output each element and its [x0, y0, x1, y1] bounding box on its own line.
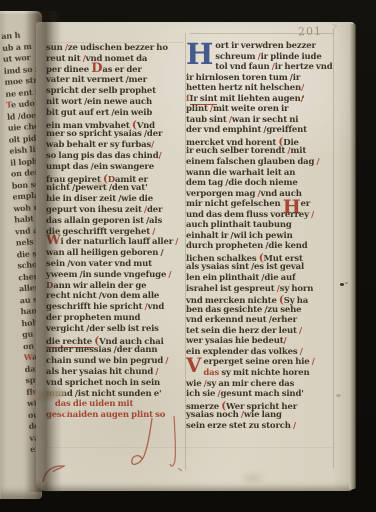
manuscript-line: ich sie /gesunt mach sind'	[186, 389, 336, 400]
text-segment: vnd erkennd neut /erher	[186, 315, 297, 325]
text-segment: durch propheten /die kend	[186, 241, 308, 251]
manuscript-line: Hort ir verwdren bezzer	[186, 41, 336, 52]
manuscript-line: gepurt von ihesu zeit /der	[46, 205, 186, 216]
text-segment: ut wor	[3, 52, 31, 64]
text-segment: nit wort /ein newe auch	[46, 97, 152, 107]
text-segment: ub a m	[2, 40, 32, 52]
manuscript-line: dem tag /die doch nieme	[186, 178, 336, 189]
text-segment: ir hirnlosen toren tum /ir	[186, 73, 300, 83]
rubric-text: /	[317, 157, 320, 167]
manuscript-line: ysaias noch /wie lang	[186, 410, 336, 421]
text-segment: ir hertze vnd	[275, 62, 333, 72]
rubric-text: /	[300, 347, 303, 357]
rubric-text: /	[168, 270, 171, 280]
manuscript-line: als her ysaias hit chund /	[46, 367, 186, 378]
text-segment: auch plinthait taubung	[186, 220, 292, 230]
manuscript-line: ein explender das volkes /	[186, 347, 336, 358]
manuscript-line: ſIr sint mit liehten augen/	[186, 94, 336, 105]
text-segment: einhalt ir /wil ich pewin	[186, 231, 293, 241]
ink-speck	[340, 283, 344, 286]
text-segment: gesunt mach sind'	[221, 389, 304, 399]
text-segment: chain sund we bin pegrud	[46, 356, 165, 366]
text-segment: wan ir secht ni	[232, 115, 298, 125]
manuscript-line: ben das gesichte /zu sehe	[186, 305, 336, 316]
manuscript-line: auch plinthait taubung	[186, 220, 336, 231]
rubric-text: /	[151, 140, 154, 150]
manuscript-line: nicht /pewert /den vat'	[46, 183, 186, 194]
ink-speck	[345, 282, 348, 284]
illuminated-initial: H	[186, 42, 213, 71]
manuscript-line: hetten hertz nit helschen/	[186, 83, 336, 94]
text-segment: sy horn	[280, 284, 314, 294]
manuscript-line: ein man vmbvahet (Vnd	[46, 119, 186, 130]
text-segment: tet sein die herz der leut	[186, 326, 299, 336]
manuscript-line: durch propheten /die kend	[186, 241, 336, 252]
text-segment: mit liehten augen	[217, 94, 300, 104]
text-segment: an h	[1, 30, 20, 41]
text-segment: mer so spricht ysaias /der	[46, 129, 162, 139]
manuscript-line: tet sein die herz der leut /	[186, 326, 336, 337]
manuscript-line: wan all heiligen geboren /	[46, 248, 186, 259]
text-segment: sy mit nichte horen	[219, 368, 309, 378]
text-segment: hetten hertz nit helschen	[186, 83, 301, 93]
text-segment: so lang pis das das chind	[46, 151, 159, 161]
rubric-text: /	[311, 210, 314, 220]
illuminated-initial: D	[91, 61, 102, 76]
text-segment: der	[147, 205, 162, 215]
manuscript-line: das sy mit nichte horen	[186, 368, 336, 379]
manuscript-line: so lang pis das das chind/	[46, 151, 186, 162]
manuscript-line: als ysaias sint /es ist geval	[186, 262, 336, 273]
manuscript-line: taub sint /wan ir secht ni	[186, 115, 336, 126]
manuscript-line: frau gepiret (Damit er	[46, 173, 186, 184]
text-segment: erperget seine oren hie	[203, 357, 311, 367]
text-segment: wie	[186, 379, 204, 389]
text-segment: schreum	[215, 52, 257, 62]
stain	[244, 474, 262, 482]
manuscript-line: Verperget seine oren hie /	[186, 357, 336, 368]
text-segment: plint	[186, 104, 210, 114]
illuminated-initial: V	[186, 357, 201, 376]
text-segment: mir nicht gefelschen	[186, 199, 283, 209]
rubric-text: /	[175, 237, 178, 247]
manuscript-line: verporgen mag /vnd auch	[186, 189, 336, 200]
text-segment: und das dem fluss vorerrey	[186, 210, 311, 220]
text-segment: wie lang	[244, 410, 282, 420]
manuscript-line: wer ysaias hie bedeut/	[186, 336, 336, 347]
rubric-text: ſ	[186, 94, 190, 104]
manuscript-line: plint /mit weite oren ir	[186, 104, 336, 115]
text-segment: der propheten mund	[46, 313, 140, 323]
illuminated-initial: W	[46, 233, 60, 248]
text-segment: der vnd emphint /greiffent	[186, 125, 307, 135]
text-segment: vergicht /der selb ist reis	[46, 324, 159, 334]
rubric-text: /	[301, 83, 304, 93]
text-segment: ben das gesichte /zu sehe	[186, 305, 301, 315]
text-segment: mit	[290, 146, 306, 156]
manuscript-line: wie /sy an mir chere das	[186, 379, 336, 390]
text-segment: einem falschen glauben dag	[186, 157, 317, 167]
text-segment: als ysaias sint /es ist geval	[186, 262, 304, 272]
manuscript-line: vater nit vermert /mer	[46, 75, 186, 86]
text-segment: ir euch selber torendt	[186, 146, 287, 156]
rubric-text: /	[293, 421, 296, 431]
manuscript-line: umpt das /ein swangere	[46, 162, 186, 173]
manuscript-line: die geschrifft vergehet /	[46, 227, 186, 238]
text-segment: ich sie	[186, 389, 218, 399]
text-segment: bit gut auf ert /ein weib	[46, 108, 152, 118]
manuscript-line: len ein plinthait /die auf	[186, 273, 336, 284]
manuscript-line: bit gut auf ert /ein weib	[46, 108, 186, 119]
erasure-smudge	[56, 407, 71, 413]
text-segment: wann die warhait leit an	[186, 168, 295, 178]
text-segment: vnd sprichet noch in sein	[46, 378, 160, 388]
manuscript-line: yweem /in sunde vngefuge /	[46, 270, 186, 281]
manuscript-line: sein /von vater vnd mut	[46, 259, 186, 270]
manuscript-line: mercket vnd horent (Die	[186, 136, 336, 147]
text-segment: verporgen mag	[186, 189, 258, 199]
ink-smudge	[94, 182, 105, 187]
manuscript-line: vnd erkennd neut /erher	[186, 315, 336, 326]
rubric-text: das	[203, 368, 219, 378]
rubric-text: /	[165, 356, 168, 366]
manuscript-line: der propheten mund	[46, 313, 186, 324]
text-segment: vater nit vermert /mer	[46, 75, 147, 85]
rubric-text: /	[155, 367, 158, 377]
text-segment: imd so z	[3, 63, 39, 75]
page-edge-stack	[349, 24, 356, 489]
text-segment: ander messias /der dann	[46, 345, 157, 355]
text-segment: spricht der selb prophet	[46, 86, 156, 96]
text-segment: i der naturlich lauff aller	[60, 237, 175, 247]
text-segment: gepurt von ihesu zeit	[46, 205, 144, 215]
text-segment: hie in diser zeit /wie die	[46, 194, 153, 204]
text-segment: ze udischen bezzer ho	[68, 43, 168, 53]
text-column-left: sun /ze udischen bezzer horeut nit /vnd …	[46, 43, 186, 421]
manuscript-line: hie in diser zeit /wie die	[46, 194, 186, 205]
text-segment: sy an mir chere das	[207, 379, 295, 389]
pencil-mark	[336, 394, 341, 397]
text-segment: umpt das /ein swangere	[46, 162, 154, 172]
manuscript-line: wann die warhait leit an	[186, 168, 336, 179]
underlined-text: Ir sint	[190, 94, 218, 105]
manuscript-line: und das dem fluss vorerrey /	[186, 210, 336, 221]
manuscript-line: chain sund we bin pegrud /	[46, 356, 186, 367]
manuscript-line: vnd mercken nichte (Sy ha	[186, 294, 336, 305]
manuscript-line: der vnd emphint /greiffent	[186, 125, 336, 136]
manuscript-line: per dinee Das er der	[46, 65, 186, 76]
text-segment: mit weite oren ir	[213, 104, 288, 114]
manuscript-line: vnd sprichet noch in sein	[46, 378, 186, 389]
text-segment: reut nit	[46, 54, 83, 64]
rubric-text: /	[159, 151, 162, 161]
text-segment: tol vnd faun	[215, 62, 272, 72]
manuscript-line: einem falschen glauben dag /	[186, 157, 336, 168]
manuscript-line: das allain geporen ist /als	[46, 216, 186, 227]
text-segment: das allain geporen ist /als	[46, 216, 162, 226]
ink-speck	[302, 96, 304, 98]
pen-mark	[40, 460, 76, 490]
text-segment: taub sint	[186, 115, 229, 125]
text-segment: er	[301, 199, 311, 209]
text-segment: wan all heiligen geboren /	[46, 248, 163, 258]
text-segment: sein /von vater vnd mut	[46, 259, 152, 269]
manuscript-line: nit wort /ein newe auch	[46, 97, 186, 108]
text-segment: israhel ist gespreut	[186, 284, 277, 294]
manuscript-line: die rechte (Vnd auch chai	[46, 335, 186, 346]
pen-flourish	[118, 416, 198, 474]
text-segment: recht nicht /von dem alle	[46, 291, 159, 301]
manuscript-line: einhalt ir /wil ich pewin	[186, 231, 336, 242]
text-segment: per dinee	[46, 65, 91, 75]
text-segment: ein explender das volkes	[186, 347, 300, 357]
text-segment: wab behalt er sy furbas	[46, 140, 151, 150]
manuscript-line: israhel ist gespreut /sy horn	[186, 284, 336, 295]
text-column-right: Hort ir verwdren bezzerschreum /ir plind…	[186, 41, 336, 431]
folio-number: 201	[298, 25, 322, 39]
manuscript-line: mer so spricht ysaias /der	[46, 129, 186, 140]
text-segment: als her ysaias hit chund	[46, 367, 155, 377]
manuscript-line: Wi der naturlich lauff aller /	[46, 237, 186, 248]
text-segment: ort ir verwdren bezzer	[215, 41, 316, 51]
manuscript-line: sein erze stet zu storch /	[186, 421, 336, 432]
rubric-text: /	[299, 326, 302, 336]
text-segment: len ein plinthait /die auf	[186, 273, 296, 283]
manuscript-line: reut nit /vnd nomet da	[46, 54, 186, 65]
manuscript-line: vergicht /der selb ist reis	[46, 324, 186, 335]
manuscript-line: ir hirnlosen toren tum /ir	[186, 73, 336, 84]
text-segment: sun	[46, 43, 65, 53]
manuscript-line: ir euch selber torendt /mit	[186, 146, 336, 157]
rubric-text: /	[152, 227, 155, 237]
text-segment: geschrifft hie spricht	[46, 302, 145, 312]
manuscript-line: Dann wir allein der ge	[46, 281, 186, 292]
manuscript-line: spricht der selb prophet	[46, 86, 186, 97]
manuscript-line: ander messias /der dann	[46, 345, 186, 356]
manuscript-photo: an hub a mut worimd so zmoe stroffne ent…	[0, 0, 376, 512]
manuscript-line: recht nicht /von dem alle	[46, 291, 186, 302]
text-segment: ir plinde iude	[261, 52, 322, 62]
manuscript-line: smerze (Wer spricht her	[186, 400, 336, 411]
manuscript-line: lichen schalkes (Mut erst	[186, 252, 336, 263]
manuscript-line: mir nicht gefelschen Her	[186, 199, 336, 210]
text-segment: vnd	[148, 302, 165, 312]
text-segment: ann wir allein der ge	[53, 281, 146, 291]
manuscript-line: mund /ist nicht sunden e'	[46, 389, 186, 400]
text-segment: die geschrifft vergehet	[46, 227, 152, 237]
text-segment	[46, 399, 55, 409]
manuscript-line: sun /ze udischen bezzer ho	[46, 43, 186, 54]
rubric-text: /	[284, 336, 287, 346]
manuscript-line: wab behalt er sy furbas/	[46, 140, 186, 151]
text-segment: yweem /in sunde vngefuge	[46, 270, 168, 280]
text-segment: sein erze stet zu storch	[186, 421, 293, 431]
text-segment: wer ysaias hie bedeut	[186, 336, 284, 346]
manuscript-line: geschrifft hie spricht /vnd	[46, 302, 186, 313]
text-segment: dem tag /die doch nieme	[186, 178, 298, 188]
text-segment: as er der	[102, 65, 141, 75]
rubric-text: /	[312, 357, 315, 367]
